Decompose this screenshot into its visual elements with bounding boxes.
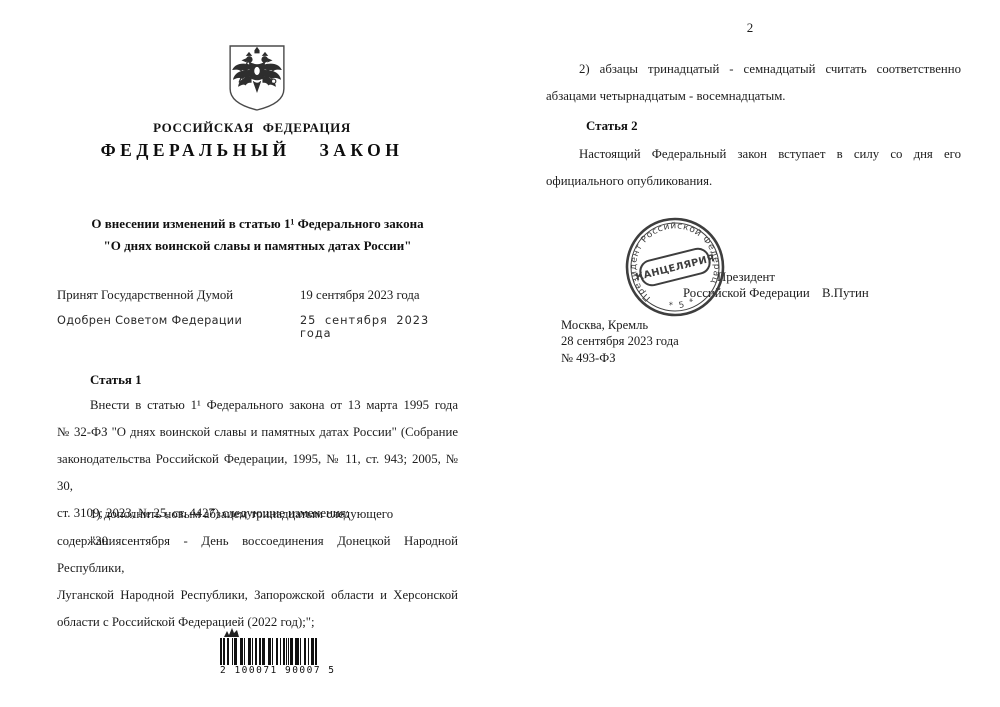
page-number: 2	[740, 20, 760, 36]
adopted-date: 19 сентября 2023 года	[300, 288, 420, 303]
paragraph-line: Внести в статью 1¹ Федерального закона о…	[57, 392, 458, 419]
paragraph-line: Луганской Народной Республики, Запорожск…	[57, 582, 458, 609]
document-type-heading: ФЕДЕРАЛЬНЫЙ ЗАКОН	[47, 140, 457, 161]
barcode-bars	[220, 638, 317, 665]
approved-by-council-row: Одобрен Советом Федерации 25 сентября 20…	[57, 314, 458, 334]
paragraph-line: абзацами четырнадцатым - восемнадцатым.	[546, 83, 961, 110]
document-barcode: 2 100071 90007 5	[220, 628, 330, 676]
signing-date: 28 сентября 2023 года	[561, 333, 679, 349]
article-2-heading: Статья 2	[586, 119, 638, 134]
law-title-line1: О внесении изменений в статью 1¹ Федерал…	[57, 213, 458, 235]
law-title: О внесении изменений в статью 1¹ Федерал…	[57, 213, 458, 256]
country-name: РОССИЙСКАЯ ФЕДЕРАЦИЯ	[57, 120, 447, 136]
paragraph-line: Настоящий Федеральный закон вступает в с…	[546, 141, 961, 168]
article-1-paragraph-3: "30 сентября - День воссоединения Донецк…	[57, 528, 458, 636]
paragraph-line: № 32-ФЗ "О днях воинской славы и памятны…	[57, 419, 458, 446]
adopted-label: Принят Государственной Думой	[57, 288, 233, 302]
paragraph-line: официального опубликования.	[546, 168, 961, 195]
paragraph-line: "30 сентября - День воссоединения Донецк…	[57, 528, 458, 582]
article-1-heading: Статья 1	[90, 373, 142, 388]
amendment-paragraph-2: 2) абзацы тринадцатый - семнадцатый счит…	[546, 56, 961, 110]
paragraph-line: 2) абзацы тринадцатый - семнадцатый счит…	[546, 56, 961, 83]
paragraph-line: законодательства Российской Федерации, 1…	[57, 446, 458, 500]
emblem-mark-icon	[224, 628, 239, 637]
approved-label: Одобрен Советом Федерации	[57, 314, 242, 327]
law-number: № 493-ФЗ	[561, 350, 679, 366]
scanned-law-document: РОССИЙСКАЯ ФЕДЕРАЦИЯ ФЕДЕРАЛЬНЫЙ ЗАКОН О…	[0, 0, 1000, 707]
russia-coat-of-arms-icon	[225, 44, 289, 117]
approved-date: 25 сентября 2023 года	[300, 314, 458, 340]
adopted-by-duma-row: Принят Государственной Думой 19 сентября…	[57, 288, 458, 308]
article-2-paragraph: Настоящий Федеральный закон вступает в с…	[546, 141, 961, 195]
barcode-digits: 2 100071 90007 5	[220, 665, 317, 676]
law-title-line2: "О днях воинской славы и памятных датах …	[57, 235, 458, 257]
signature-name: В.Путин	[822, 286, 869, 301]
